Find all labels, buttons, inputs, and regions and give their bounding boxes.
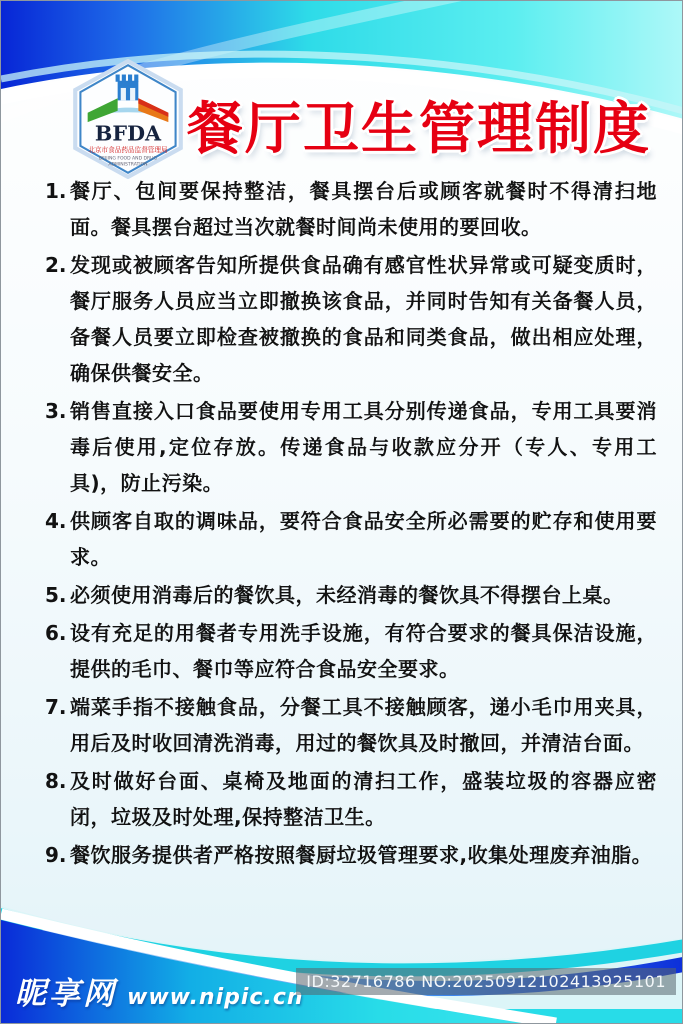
rule-item: 6. 设有充足的用餐者专用洗手设施，有符合要求的餐具保洁设施，提供的毛巾、餐巾等…	[45, 615, 657, 687]
rule-item: 5. 必须使用消毒后的餐饮具，未经消毒的餐饮具不得摆台上桌。	[45, 577, 657, 613]
page-title: 餐厅卫生管理制度	[173, 85, 665, 165]
hygiene-rules-poster: BFDA 北京市食品药品监督管理局 BEIJING FOOD AND DRUG …	[0, 0, 683, 1024]
rule-item: 9. 餐饮服务提供者严格按照餐厨垃圾管理要求,收集处理废弃油脂。	[45, 837, 657, 873]
bfda-org-en-line1: BEIJING FOOD AND DRUG	[99, 155, 158, 161]
rule-number: 1.	[45, 173, 70, 245]
rule-number: 5.	[45, 577, 70, 613]
rule-number: 7.	[45, 689, 70, 761]
nipic-site-url: www.nipic.cn	[127, 985, 304, 1010]
rule-text: 餐厅、包间要保持整洁，餐具摆台后或顾客就餐时不得清扫地面。餐具摆台超过当次就餐时…	[70, 173, 657, 245]
rule-text: 销售直接入口食品要使用专用工具分别传递食品，专用工具要消毒后使用,定位存放。传递…	[70, 393, 657, 501]
rule-text: 及时做好台面、桌椅及地面的清扫工作，盛装垃圾的容器应密闭，垃圾及时处理,保持整洁…	[70, 763, 657, 835]
rule-text: 发现或被顾客告知所提供食品确有感官性状异常或可疑变质时，餐厅服务人员应当立即撤换…	[70, 247, 657, 391]
bfda-org-en-line2: ADMINISTRATION	[108, 162, 147, 168]
rule-item: 7. 端菜手指不接触食品，分餐工具不接触顾客，递小毛巾用夹具，用后及时收回清洗消…	[45, 689, 657, 761]
rule-number: 4.	[45, 503, 70, 575]
rule-item: 2. 发现或被顾客告知所提供食品确有感官性状异常或可疑变质时，餐厅服务人员应当立…	[45, 247, 657, 391]
rule-number: 6.	[45, 615, 70, 687]
nipic-site-name: 昵享网	[15, 968, 117, 1013]
rule-text: 设有充足的用餐者专用洗手设施，有符合要求的餐具保洁设施，提供的毛巾、餐巾等应符合…	[70, 615, 657, 687]
rule-number: 3.	[45, 393, 70, 501]
rule-text: 供顾客自取的调味品，要符合食品安全所必需要的贮存和使用要求。	[70, 503, 657, 575]
rule-item: 1. 餐厅、包间要保持整洁，餐具摆台后或顾客就餐时不得清扫地面。餐具摆台超过当次…	[45, 173, 657, 245]
rule-item: 4. 供顾客自取的调味品，要符合食品安全所必需要的贮存和使用要求。	[45, 503, 657, 575]
rule-item: 3. 销售直接入口食品要使用专用工具分别传递食品，专用工具要消毒后使用,定位存放…	[45, 393, 657, 501]
rule-number: 8.	[45, 763, 70, 835]
rule-text: 端菜手指不接触食品，分餐工具不接触顾客，递小毛巾用夹具，用后及时收回清洗消毒，用…	[70, 689, 657, 761]
bfda-org-cn-text: 北京市食品药品监督管理局	[88, 145, 168, 154]
stock-id-badge: ID:32716786 NO:20250912102413925101	[296, 968, 676, 995]
nipic-watermark: 昵享网 www.nipic.cn	[15, 968, 304, 1013]
rule-text: 餐饮服务提供者严格按照餐厨垃圾管理要求,收集处理废弃油脂。	[70, 837, 657, 873]
rules-list: 1. 餐厅、包间要保持整洁，餐具摆台后或顾客就餐时不得清扫地面。餐具摆台超过当次…	[45, 173, 657, 875]
bfda-abbr-text: BFDA	[95, 122, 162, 146]
rule-number: 2.	[45, 247, 70, 391]
rule-number: 9.	[45, 837, 70, 873]
rule-item: 8. 及时做好台面、桌椅及地面的清扫工作，盛装垃圾的容器应密闭，垃圾及时处理,保…	[45, 763, 657, 835]
rule-text: 必须使用消毒后的餐饮具，未经消毒的餐饮具不得摆台上桌。	[70, 577, 657, 613]
bfda-logo: BFDA 北京市食品药品监督管理局 BEIJING FOOD AND DRUG …	[71, 59, 185, 179]
